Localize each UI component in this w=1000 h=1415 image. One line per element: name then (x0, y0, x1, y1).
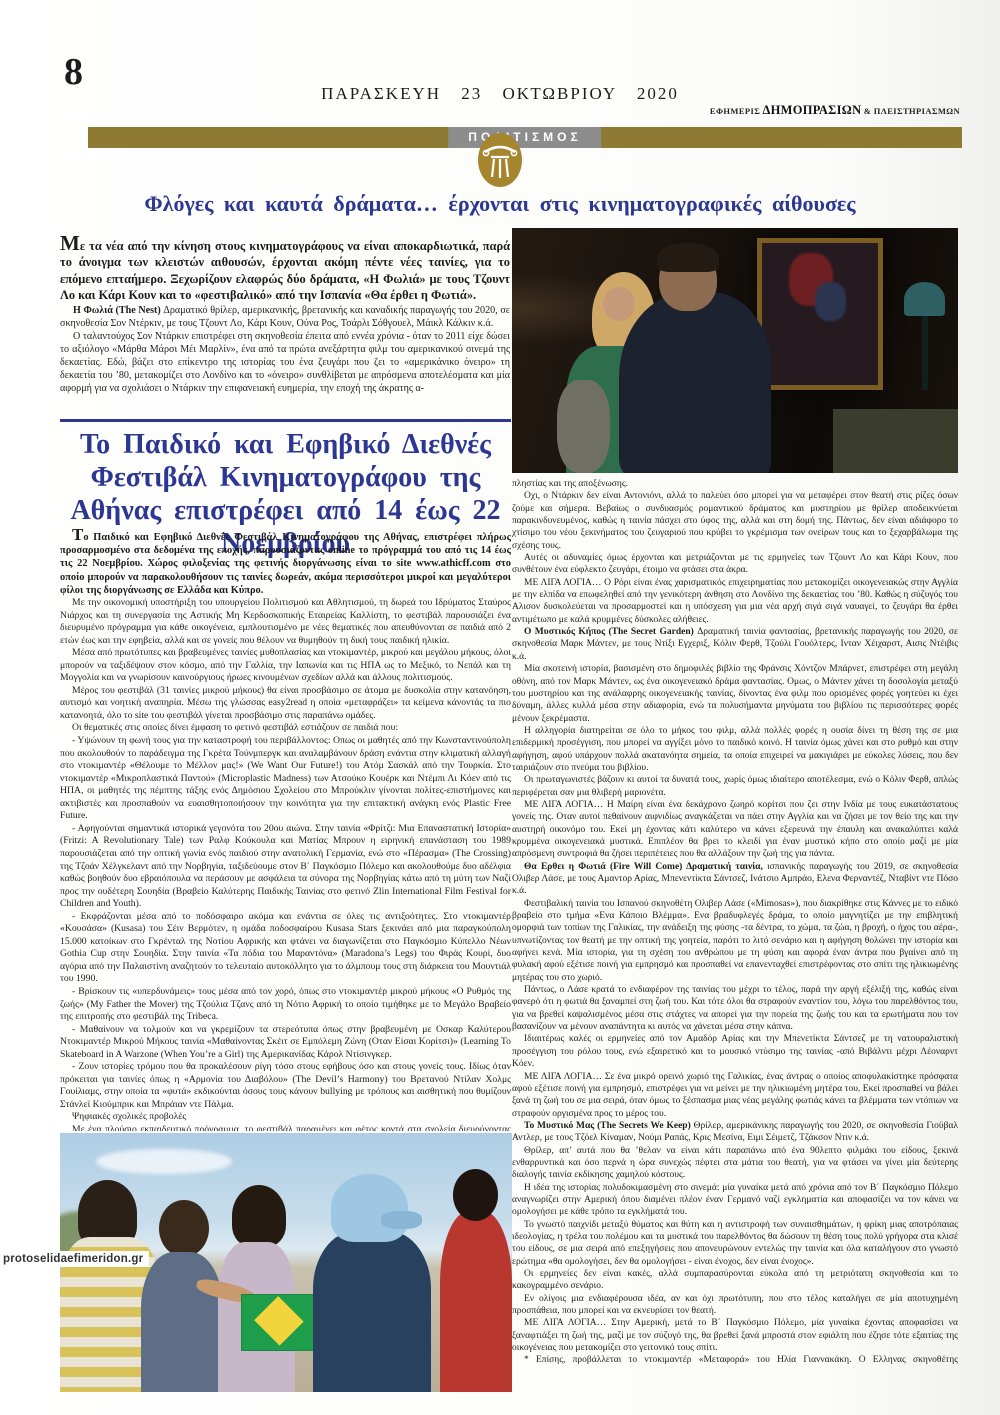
paragraph: Με ένα πλούσιο εκπαιδευτικό πρόγραμμα, τ… (60, 1124, 511, 1131)
girl-hair (232, 1185, 286, 1247)
woman-sleeve (557, 380, 611, 473)
cabinet (833, 409, 958, 473)
painting-blue-detail (815, 282, 846, 321)
child-hair (159, 1200, 209, 1257)
paragraph: Με την οικονομική υποστήριξη του υπουργε… (60, 597, 511, 647)
watermark: protoselidaefimeridon.gr (0, 1251, 149, 1267)
paragraph: Φεστιβαλική ταινία του Ισπανού σκηνοθέτη… (512, 898, 958, 984)
masthead-pre: ΕΦΗΜΕΡΙΣ (710, 106, 760, 116)
date-header: ΠΑΡΑΣΚΕΥΗ 23 ΟΚΤΩΒΡΙΟΥ 2020 (0, 84, 1000, 104)
paragraph: Το γνωστό παιχνίδι μεταξύ θύματος και θύ… (512, 1219, 958, 1268)
paragraph: Οι θεματικές στις οποίες δίνει έμφαση το… (60, 722, 511, 735)
main-headline: Φλόγες και καυτά δράματα… έρχονται στις … (60, 191, 940, 217)
paragraph: Με τα νέα από την κίνηση στους κινηματογ… (60, 235, 510, 304)
paragraph: Το Παιδικό και Εφηβικό Διεθνές Φεστιβάλ … (60, 528, 511, 597)
paragraph: Η αλληγορία διατηρείται σε όλο το μήκος … (512, 725, 958, 774)
paragraph: ΜΕ ΛΙΓΑ ΛΟΓΙΑ… Σε ένα μικρό ορεινό χωριό… (512, 1071, 958, 1120)
paragraph: Μέσα από πρωτότυπες και βραβευμένες ταιν… (60, 647, 511, 685)
masthead: ΕΦΗΜΕΡΙΣ ΔΗΜΟΠΡΑΣΙΩΝ & ΠΛΕΙΣΤΗΡΙΑΣΜΩΝ (710, 103, 960, 118)
paragraph: Η ιδέα της ιστορίας πολυδοκιμασμένη στο … (512, 1182, 958, 1219)
woman-face (603, 287, 634, 321)
cinema-article-left-intro: Με τα νέα από την κίνηση στους κινηματογ… (60, 235, 510, 395)
paragraph: Η Φωλιά (The Nest) Δραματικό θρίλερ, αμε… (60, 304, 510, 330)
paragraph: - Υψώνουν τη φωνή τους για την καταστροφ… (60, 735, 511, 823)
lamp-shade (904, 282, 944, 316)
masthead-title: ΔΗΜΟΠΡΑΣΙΩΝ (762, 103, 861, 117)
cloud (96, 1149, 232, 1175)
cap-brim (381, 1211, 422, 1229)
paragraph: Το Μυστικό Μας (The Secrets We Keep) Θρί… (512, 1120, 958, 1145)
paragraph: Θρίλερ, απ’ αυτά που θα ’θελαν να είναι … (512, 1145, 958, 1182)
light-blue-cap (331, 1174, 408, 1241)
paragraph: ΜΕ ΛΙΓΑ ΛΟΓΙΑ… Στην Αμερική, μετά το Β΄ … (512, 1317, 958, 1354)
paragraph: Θα Ερθει η Φωτιά (Fire Will Come) Δραματ… (512, 861, 958, 898)
child-red-shirt (440, 1211, 512, 1392)
paragraph: Ιδιαιτέρως καλές οι ερμηνείες από τον Αμ… (512, 1033, 958, 1070)
paragraph: - Μαθαίνουν να τολμούν και να γκρεμίζουν… (60, 1024, 511, 1062)
paragraph: Εν ολίγοις μια ενδιαφέρουσα ιδέα, αν και… (512, 1293, 958, 1318)
paragraph: Οι ερμηνείες δεν είναι κακές, αλλά συμπα… (512, 1268, 958, 1293)
paragraph: Πάντως, ο Λάσε κρατά το ενδιαφέρον της τ… (512, 984, 958, 1033)
paragraph: Μία σκοτεινή ιστορία, βασισμένη στο δημο… (512, 663, 958, 725)
cinema-article-right-column: πληστίας και της αποξένωσης.Οχι, ο Ντάρκ… (512, 478, 958, 1368)
paragraph: - Βρίσκουν τις «υπερδυνάμεις» τους μέσα … (60, 986, 511, 1024)
paragraph: Ψηφιακές σχολικές προβολές (60, 1111, 511, 1124)
man-dark-suit (619, 292, 771, 473)
greek-column-icon (477, 132, 523, 193)
boy-blue-shirt (313, 1231, 431, 1392)
paragraph: Ο ταλαντούχος Σον Ντάρκιν επιστρέφει στη… (60, 330, 510, 395)
paragraph: ΜΕ ΛΙΓΑ ΛΟΓΙΑ… Ο Ρόρι είναι ένας χαρισμα… (512, 577, 958, 626)
festival-article-body: Το Παιδικό και Εφηβικό Διεθνές Φεστιβάλ … (60, 528, 511, 1131)
man-hair (657, 243, 719, 272)
paragraph: πληστίας και της αποξένωσης. (512, 478, 958, 490)
paragraph: ΜΕ ΛΙΓΑ ΛΟΓΙΑ… Η Μαίρη είναι ένα δεκάχρο… (512, 799, 958, 861)
paragraph: - Αφηγούνται σημαντικά ιστορικά γεγονότα… (60, 823, 511, 911)
lamp-stem (922, 316, 927, 390)
paragraph: Ο Μυστικός Κήπος (The Secret Garden) Δρα… (512, 626, 958, 663)
paragraph: Μέρος του φεστιβάλ (31 ταινίες μικρού μή… (60, 685, 511, 723)
movie-still-photo (512, 228, 958, 473)
section-bar: ΠΟΛΙΤΙΣΜΟΣ (88, 127, 962, 148)
headline-divider-rule (60, 419, 511, 422)
paragraph: - Εκφράζονται μέσα από το ποδόσφαιρο ακό… (60, 911, 511, 986)
child-shirt (141, 1252, 222, 1392)
section-label: ΠΟΛΙΤΙΣΜΟΣ (448, 127, 601, 148)
paragraph: Οχι, ο Ντάρκιν δεν είναι Αντονιόνι, αλλά… (512, 490, 958, 552)
newspaper-page: 8 ΠΑΡΑΣΚΕΥΗ 23 ΟΚΤΩΒΡΙΟΥ 2020 ΕΦΗΜΕΡΙΣ Δ… (0, 0, 1000, 1415)
paragraph: - Ζουν ιστορίες τρόμου που θα προκαλέσου… (60, 1061, 511, 1111)
paragraph: Οι πρωταγωνιστές βάζουν κι αυτοί τα δυνα… (512, 774, 958, 799)
paragraph: * Επίσης, προβάλλεται το ντοκιμαντέρ «Με… (512, 1354, 958, 1368)
masthead-post: & ΠΛΕΙΣΤΗΡΙΑΣΜΩΝ (864, 106, 960, 116)
paragraph: Αυτές οι αδυναμίες όμως έρχονται και μετ… (512, 552, 958, 577)
